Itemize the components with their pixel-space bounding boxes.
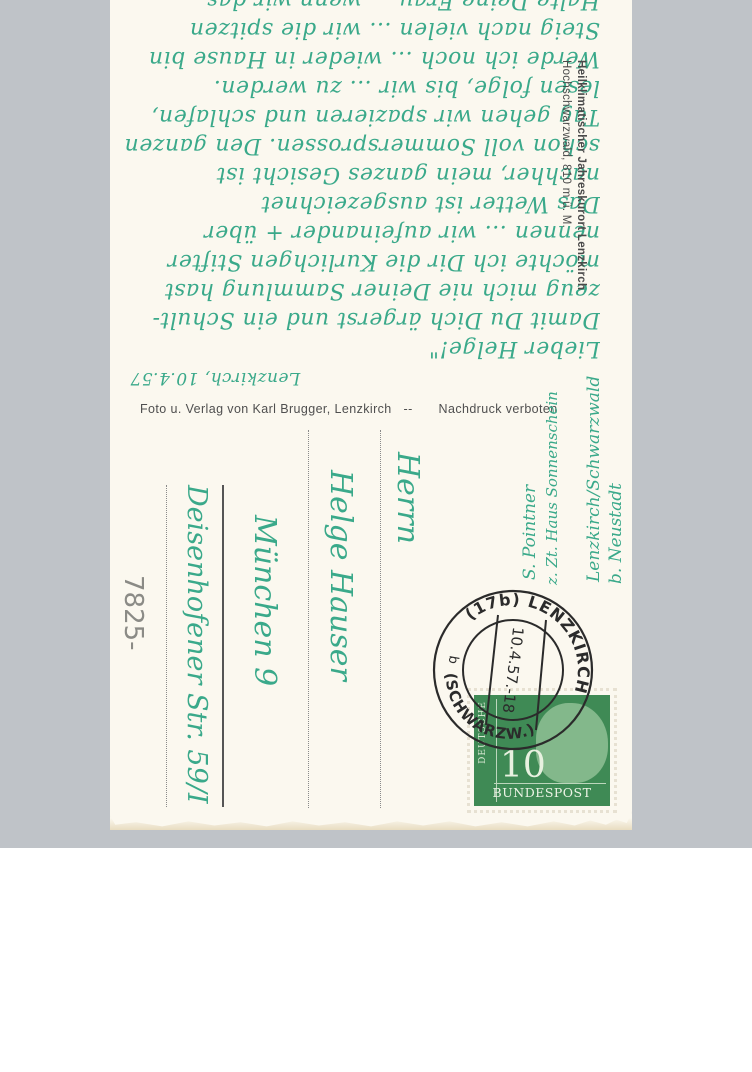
sender-name: S. Pointner (520, 485, 540, 580)
message-line: möchte ich Dir die Kurlichgen Stifter (120, 247, 600, 276)
pencil-note: 7825- (118, 575, 148, 651)
message-line: lesen folge, bis wir ... zu werden. (120, 73, 600, 102)
message-date: Lenzkirch, 10.4.57 (120, 363, 600, 392)
spa-title: Heilklimatischer Jahreskurort Lenzkirch (573, 60, 588, 360)
sender-place: Lenzkirch/Schwarzwald (584, 376, 604, 582)
postmark-top-text: (17b) LENZKIRCH (458, 585, 598, 702)
recipient-city: München 9 (247, 515, 282, 686)
imprint-copyright: Nachdruck verboten (439, 402, 558, 416)
address-line (308, 430, 309, 808)
message-line: Werde ich noch ... wieder in Hause bin (120, 44, 600, 73)
message-line: schon voll Sommersprossen. Den ganzen (120, 131, 600, 160)
imprint-separator: -- (404, 402, 413, 416)
message-line: Steig nach vielen ... wir die spitzen (120, 15, 600, 44)
imprint-publisher: Foto u. Verlag von Karl Brugger, Lenzkir… (140, 402, 392, 416)
postmark-date: 10.4.57.-18 (499, 626, 527, 714)
printed-spa-caption: Heilklimatischer Jahreskurort Lenzkirch … (548, 60, 588, 360)
address-line (380, 430, 381, 808)
message-line: Lieber Helge!" (120, 334, 600, 363)
address-line (166, 485, 167, 807)
sender-district: b. Neustadt (606, 483, 626, 584)
postmark-code: b (445, 654, 461, 665)
card-divider (222, 485, 224, 807)
recipient-name: Helge Hauser (323, 470, 358, 681)
message-line: zeug mich nie Deiner Sammlung hast (120, 276, 600, 305)
handwritten-message: Lenzkirch, 10.4.57 Lieber Helge!" Damit … (120, 0, 600, 392)
postmark-icon: (17b) LENZKIRCH (SCHWARZW.) 10.4.57.-18 … (428, 585, 598, 755)
message-line: nennen ... wir aufeinander + über (120, 218, 600, 247)
message-line: Das Wetter ist ausgezeichnet (120, 189, 600, 218)
recipient-street: Deisenhofener Str. 59/I (181, 485, 212, 804)
recipient-salutation: Herrn (390, 452, 425, 544)
stamp-issuer: BUNDESPOST (474, 785, 610, 800)
message-line: nachher, mein ganzes Gesicht ist (120, 160, 600, 189)
sender-care-of: z. Zt. Haus Sonnenschein (542, 391, 562, 585)
spa-region: Hochschwarzwald, 810 m ü. M. (558, 60, 573, 360)
svg-text:(17b) LENZKIRCH: (17b) LENZKIRCH (458, 585, 598, 702)
message-line: Tag gehen wir spazieren und schlafen, (120, 102, 600, 131)
message-line: Halte Deine Frau ... wenn wir das (120, 0, 600, 15)
publisher-imprint: Foto u. Verlag von Karl Brugger, Lenzkir… (140, 402, 558, 416)
message-line: Damit Du Dich ärgerst und ein Schult- (120, 305, 600, 334)
